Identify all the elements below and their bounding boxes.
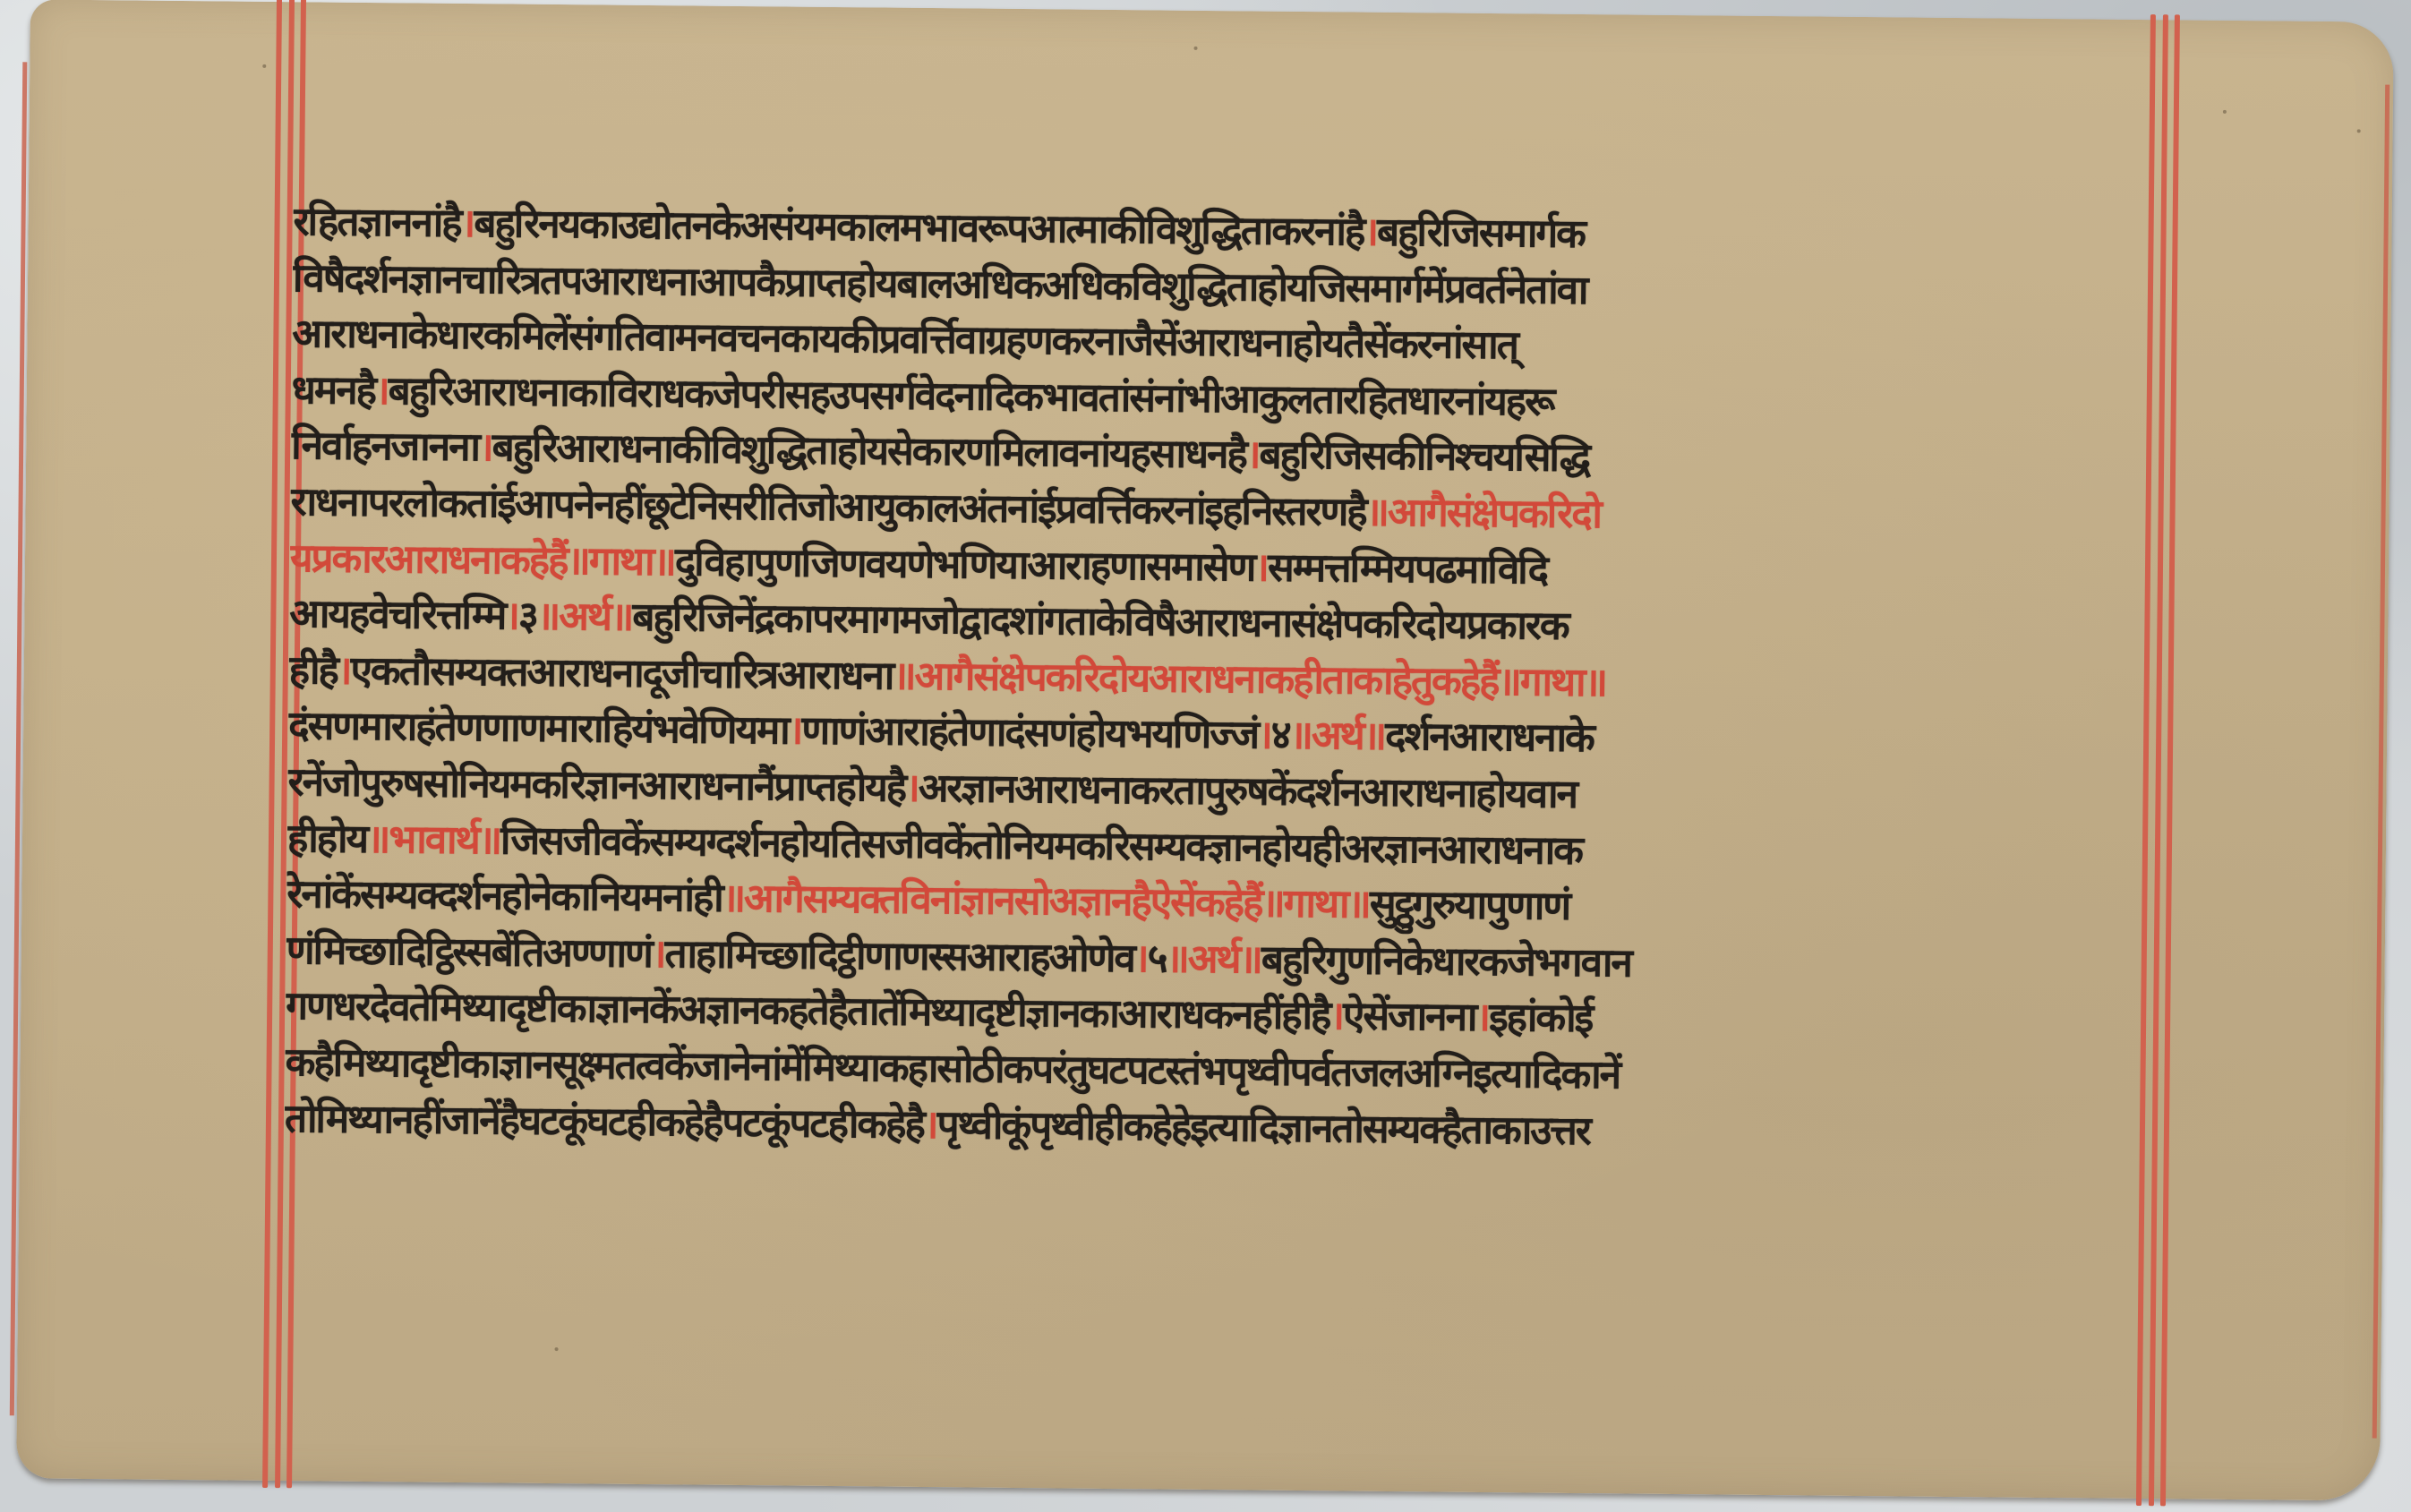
body-text: अरज्ञानआराधनाकरतापुरुषकेंदर्शनआराधनाहोयव… [919,765,1577,817]
rubric-text: । [924,1102,937,1148]
body-text: सम्मत्तम्मियपढमाविदि [1268,544,1548,593]
paper-speck [2223,110,2227,114]
body-text: बहुरिआराधनाकाविराधकजेपरीसहउपसर्गवेदनादिक… [388,368,1553,424]
body-text: बहुरिआराधनाकीविशुद्धिताहोयसेकारणमिलावनां… [492,425,1246,478]
manuscript-text-block: रहितज्ञाननांहै।बहुरिनयकाउद्योतनकेअसंयमका… [285,194,2169,1165]
rubric-text: । [338,647,351,693]
body-text: निर्वाहनजानना [291,423,479,471]
rubric-text: । [905,765,919,811]
body-text: तोमिथ्यानहींजानेंहैघटकूंघटहीकहेहैपटकूंपट… [285,1096,924,1148]
body-text: दर्शनआराधनाके [1385,713,1594,761]
rubric-text: यप्रकारआराधनाकहेहैं॥गाथा॥ [290,535,675,585]
body-text: आयहवेचरित्तम्मि [289,591,505,638]
body-text: बहुरिनयकाउद्योतनकेअसंयमकालमभावरूपआत्माकी… [474,201,1364,255]
body-text: बहुरिजिनेंद्रकापरमागमजोद्वादशांगताकेविषै… [632,594,1569,649]
rubric-text: । [1329,994,1343,1039]
rubric-text: । [505,594,518,639]
body-text: जिसजीवकेंसम्यग्दर्शनहोयतिसजीवकेंतोनियमकर… [500,817,1582,874]
rubric-text: । [460,201,474,246]
paper-speck [555,1347,559,1351]
rubric-text: ॥अर्थ॥ [1166,935,1261,982]
body-text: एकतौसम्यक्तआराधनादूजीचारित्रआराधना [350,648,893,699]
body-text: दंसणमाराहंतेणणाणमाराहियंभवेणियमा [288,704,789,754]
body-text: राधनापरलोकतांईआपनेनहींछूटेनिसरीतिजोआयुका… [290,479,1366,535]
rubric-text: ॥आगैसंक्षेपकरिदो [1365,490,1601,538]
body-text: ऐसेंजानना [1343,994,1476,1040]
manuscript-folio: रहितज्ञाननांहै।बहुरिनयकाउद्योतनकेअसंयमका… [16,0,2394,1501]
body-text: आराधनाकेधारकमिलेंसंगतिवामनवचनकायकीप्रवर्… [292,311,1518,368]
body-text: इहांकोई [1489,995,1593,1041]
rubric-text: । [1134,935,1148,981]
rubric-text: । [1246,432,1260,478]
rubric-text: । [1254,544,1268,590]
body-text: रेनांकेंसम्यक्दर्शनहोनेकानियमनांही [286,871,722,921]
body-text: ५ [1147,935,1166,981]
body-text: दुविहापुणजिणवयणेभणियाआराहणासमासेण [675,539,1255,590]
rubric-text: । [1475,995,1489,1040]
rubric-text: ॥भावार्थ॥ [367,816,501,863]
paper-speck [1194,47,1198,50]
paper-speck [262,64,266,68]
body-text: ४ [1271,713,1290,758]
body-text: विषैदर्शनज्ञानचारित्रतपआराधनाआपकैप्राप्त… [293,255,1587,313]
body-text: पृथ्वीकूंपृथ्वीहीकहेहेइत्यादिज्ञानतोसम्य… [936,1102,1590,1154]
rubric-text: ॥आगैसम्यक्तविनांज्ञानसोअज्ञानहैऐसेंकहेहै… [722,876,1370,927]
body-text: सुट्ठुगुरुयापुणाणं [1370,882,1570,929]
body-text: हीहै [289,647,338,694]
rubric-text: । [479,425,492,471]
body-text: बहुरिजिसमार्गक [1377,209,1585,257]
body-text: णाणंआराहंतेणादंसणंहोयभयणिज्जं [801,708,1258,758]
rubric-text: । [1364,209,1377,255]
body-text: बहुरिगुणनिकेधारकजेभगवान [1261,936,1631,986]
rubric-text: ॥आगैसंक्षेपकरिदोयआराधनाकहीताकाहेतुकहेहैं… [893,653,1606,705]
rubric-text: । [788,708,801,754]
body-text: रहितज्ञाननांहै [293,199,461,246]
rubric-text: । [375,368,389,414]
rubric-text: । [1258,713,1271,758]
body-text: गणधरदेवतेमिथ्यादृष्टीकाज्ञानकेंअज्ञानकहत… [286,983,1330,1038]
paper-speck [2357,129,2361,132]
body-text: ३ [518,594,537,639]
body-text: ताहामिच्छादिट्ठीणाणस्सआराहओणेव [664,931,1134,981]
body-text: रनेंजोपुरुषसोनियमकरिज्ञानआराधनानैंप्राप्… [287,759,905,811]
body-text: णंमिच्छादिट्ठिस्सबेंतिअण्णाणं [286,927,653,977]
body-text: धमनहै [292,367,376,414]
rubric-text: ॥अर्थ॥ [1289,713,1385,759]
body-text: बहुरिजिसकीनिश्चयसिद्धि [1259,432,1589,482]
rubric-text: ॥अर्थ॥ [537,594,633,640]
body-text: हीहोय [287,816,368,862]
body-text: कहैमिथ्यादृष्टीकाज्ञानसूक्ष्मतत्वकेंजाने… [285,1039,1620,1098]
rubric-text: । [652,931,665,977]
